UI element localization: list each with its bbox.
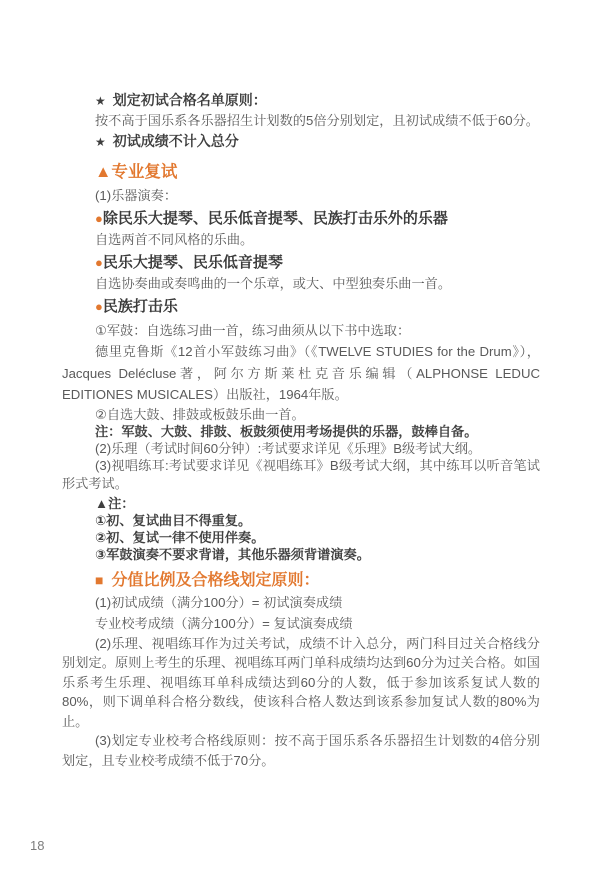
body-text: (1)乐器演奏： <box>95 188 177 203</box>
body-text-line: 自选两首不同风格的乐曲。 <box>62 230 540 250</box>
body-text: (1)初试成绩（满分100分）= 初试演奏成绩 <box>95 595 342 610</box>
paragraph-text: 德里克鲁斯《12首小军鼓练习曲》（《TWELVE STUDIES for the… <box>62 344 540 402</box>
paragraph-text: (3)划定专业校考合格线原则：按不高于国乐系各乐器招生计划数的4倍分别划定，且专… <box>62 733 540 768</box>
star-note-text: 初试成绩不计入总分 <box>113 133 239 149</box>
bullet-subheader-text: 民族打击乐 <box>103 298 178 315</box>
star-note-line: ★初试成绩不计入总分 <box>62 131 540 152</box>
bullet-icon: ● <box>95 211 103 226</box>
paragraph: 德里克鲁斯《12首小军鼓练习曲》（《TWELVE STUDIES for the… <box>62 341 540 406</box>
square-icon: ■ <box>95 572 103 588</box>
note-header-line: ▲注： <box>62 495 540 512</box>
bullet-subheader: ●除民乐大提琴、民乐低音提琴、民族打击乐外的乐器 <box>62 208 540 230</box>
document-page: ★划定初试合格名单原则： 按不高于国乐系各乐器招生计划数的5倍分别划定，且初试成… <box>62 90 540 770</box>
note-text: ③军鼓演奏不要求背谱，其他乐器须背谱演奏。 <box>95 547 370 562</box>
body-text-line: (1)乐器演奏： <box>62 186 540 206</box>
note-text: ①初、复试曲目不得重复。 <box>95 513 251 528</box>
paragraph-text: (2)乐理、视唱练耳作为过关考试，成绩不计入总分，两门科目过关合格线分别划定。原… <box>62 636 540 729</box>
body-text: (2)乐理（考试时间60分钟）:考试要求详见《乐理》B级考试大纲。 <box>95 441 481 456</box>
paragraph-text: (3)视唱练耳:考试要求详见《视唱练耳》B级考试大纲，其中练耳以听音笔试形式考试… <box>62 458 540 491</box>
bullet-icon: ● <box>95 255 103 270</box>
section-header-professional-retest: ▲专业复试 <box>62 160 540 184</box>
note-text: ②初、复试一律不使用伴奏。 <box>95 530 264 545</box>
bullet-subheader: ●民乐大提琴、民乐低音提琴 <box>62 252 540 274</box>
section-header-score-ratio: ■分值比例及合格线划定原则： <box>62 569 540 592</box>
note-bold-line: 注：军鼓、大鼓、排鼓、板鼓须使用考场提供的乐器，鼓棒自备。 <box>62 423 540 440</box>
section-header-text: 分值比例及合格线划定原则： <box>111 572 319 589</box>
bullet-icon: ● <box>95 299 103 314</box>
triangle-icon: ▲ <box>95 163 111 181</box>
paragraph: (3)视唱练耳:考试要求详见《视唱练耳》B级考试大纲，其中练耳以听音笔试形式考试… <box>62 457 540 493</box>
body-text: ①军鼓：自选练习曲一首，练习曲须从以下书中选取： <box>95 323 410 338</box>
body-text: ②自选大鼓、排鼓或板鼓乐曲一首。 <box>95 407 305 422</box>
star-icon: ★ <box>95 135 106 149</box>
note-text: 注：军鼓、大鼓、排鼓、板鼓须使用考场提供的乐器，鼓棒自备。 <box>95 424 477 439</box>
body-text-line: ②自选大鼓、排鼓或板鼓乐曲一首。 <box>62 406 540 423</box>
note-bold-line: ②初、复试一律不使用伴奏。 <box>62 529 540 546</box>
bullet-subheader-text: 民乐大提琴、民乐低音提琴 <box>103 254 283 271</box>
page-number: 18 <box>30 838 44 853</box>
note-bold-line: ③军鼓演奏不要求背谱，其他乐器须背谱演奏。 <box>62 546 540 563</box>
star-note-text: 划定初试合格名单原则： <box>113 92 267 108</box>
body-text-line: ①军鼓：自选练习曲一首，练习曲须从以下书中选取： <box>62 321 540 341</box>
body-text: 专业校考成绩（满分100分）= 复试演奏成绩 <box>95 616 353 631</box>
star-icon: ★ <box>95 94 106 108</box>
body-text: 自选两首不同风格的乐曲。 <box>95 232 253 247</box>
body-text: 按不高于国乐系各乐器招生计划数的5倍分别划定，且初试成绩不低于60分。 <box>95 113 539 128</box>
bullet-subheader-text: 除民乐大提琴、民乐低音提琴、民族打击乐外的乐器 <box>103 210 448 227</box>
paragraph: (2)乐理、视唱练耳作为过关考试，成绩不计入总分，两门科目过关合格线分别划定。原… <box>62 634 540 732</box>
body-text-line: 专业校考成绩（满分100分）= 复试演奏成绩 <box>62 613 540 634</box>
body-text-line: 按不高于国乐系各乐器招生计划数的5倍分别划定，且初试成绩不低于60分。 <box>62 111 540 131</box>
note-header-text: 注： <box>108 496 134 511</box>
paragraph: (3)划定专业校考合格线原则：按不高于国乐系各乐器招生计划数的4倍分别划定，且专… <box>62 731 540 770</box>
body-text-line: (2)乐理（考试时间60分钟）:考试要求详见《乐理》B级考试大纲。 <box>62 440 540 457</box>
body-text-line: 自选协奏曲或奏鸣曲的一个乐章，或大、中型独奏乐曲一首。 <box>62 274 540 294</box>
star-note-line: ★划定初试合格名单原则： <box>62 90 540 111</box>
note-bold-line: ①初、复试曲目不得重复。 <box>62 512 540 529</box>
bullet-subheader: ●民族打击乐 <box>62 296 540 318</box>
triangle-icon: ▲ <box>95 496 108 511</box>
body-text-line: (1)初试成绩（满分100分）= 初试演奏成绩 <box>62 592 540 613</box>
section-header-text: 专业复试 <box>111 163 177 181</box>
body-text: 自选协奏曲或奏鸣曲的一个乐章，或大、中型独奏乐曲一首。 <box>95 276 451 291</box>
